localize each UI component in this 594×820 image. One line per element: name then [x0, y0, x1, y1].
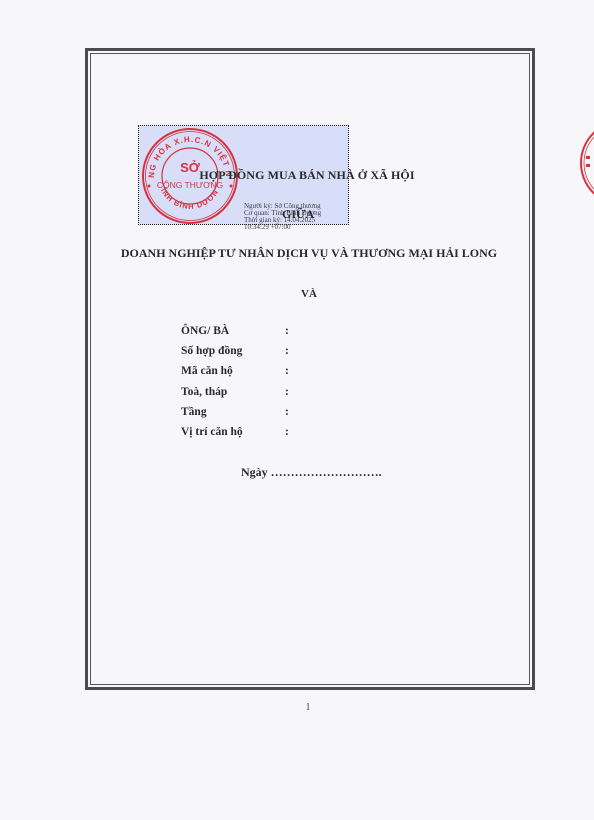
field-colon: : — [285, 426, 289, 438]
field-label: Mã căn hộ — [181, 365, 233, 377]
field-label: Vị trí căn hộ — [181, 426, 243, 438]
field-colon: : — [285, 406, 289, 418]
page-number: 1 — [0, 702, 594, 713]
and-label: VÀ — [0, 288, 594, 300]
field-colon: : — [285, 345, 289, 357]
company-name: DOANH NGHIỆP TƯ NHÂN DỊCH VỤ VÀ THƯƠNG M… — [0, 246, 594, 261]
signature-timestamp: 10:34:29 +07:00 — [244, 224, 321, 231]
edge-stamp-icon — [578, 118, 594, 208]
date-line: Ngày ………………………. — [241, 465, 382, 480]
field-colon: : — [285, 325, 289, 337]
field-colon: : — [285, 365, 289, 377]
between-label: GIỮA — [282, 207, 314, 222]
document-title: HỢP ĐỒNG MUA BÁN NHÀ Ở XÃ HỘI — [0, 168, 594, 183]
field-colon: : — [285, 386, 289, 398]
field-label: ÔNG/ BÀ — [181, 325, 229, 337]
field-label: Toà, tháp — [181, 386, 227, 398]
field-label: Số hợp đồng — [181, 345, 242, 357]
field-label: Tầng — [181, 406, 207, 418]
